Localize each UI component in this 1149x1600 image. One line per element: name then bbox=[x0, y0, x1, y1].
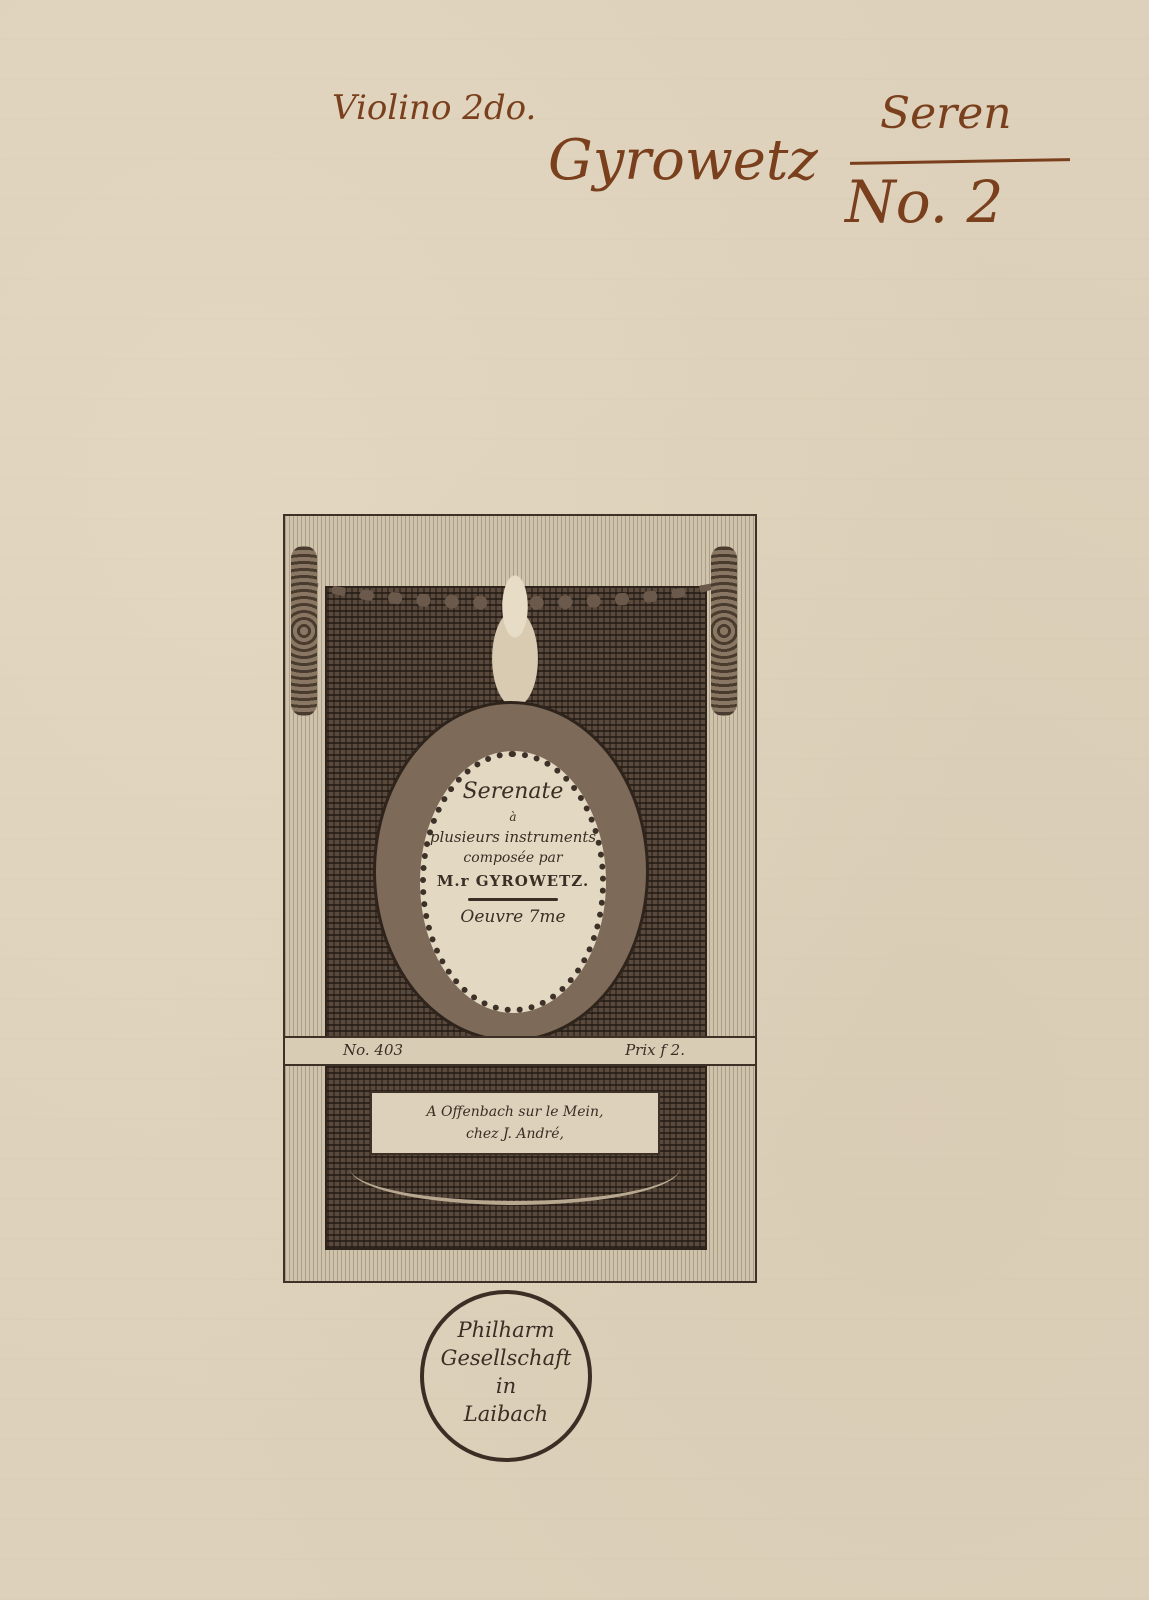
cherub-icon bbox=[475, 574, 555, 704]
opus-number: Oeuvre 7me bbox=[426, 907, 600, 927]
plate-band: No. 403 Prix f 2. bbox=[285, 1036, 755, 1066]
plate-number: No. 403 bbox=[343, 1041, 403, 1059]
engraved-title-plate: Serenate à plusieurs instruments composé… bbox=[283, 514, 757, 1283]
publisher-cartouche: A Offenbach sur le Mein, chez J. André, bbox=[370, 1091, 660, 1155]
publisher-line-1: A Offenbach sur le Mein, bbox=[372, 1101, 658, 1123]
stamp-line-1: Philharm bbox=[424, 1316, 588, 1344]
rose-garland-left-icon bbox=[291, 546, 317, 716]
divider-rule bbox=[468, 898, 558, 901]
price: Prix f 2. bbox=[625, 1041, 685, 1059]
preposition: à bbox=[426, 810, 600, 824]
rose-garland-right-icon bbox=[711, 546, 737, 716]
part-label-handwritten: Violino 2do. bbox=[332, 88, 536, 128]
title-oval: Serenate à plusieurs instruments composé… bbox=[420, 751, 606, 1013]
title-abbrev-handwritten: Seren bbox=[880, 88, 1012, 139]
number-handwritten: No. 2 bbox=[845, 168, 1003, 236]
composed-by: composée par bbox=[426, 850, 600, 866]
fraction-divider bbox=[850, 158, 1070, 165]
work-title: Serenate bbox=[426, 779, 600, 804]
instrumentation: plusieurs instruments bbox=[426, 828, 600, 846]
composer-name: M.r GYROWETZ. bbox=[426, 872, 600, 890]
stamp-line-3: in bbox=[424, 1372, 588, 1400]
ownership-stamp: Philharm Gesellschaft in Laibach bbox=[420, 1290, 592, 1462]
composer-handwritten: Gyrowetz bbox=[548, 128, 818, 193]
stamp-line-2: Gesellschaft bbox=[424, 1344, 588, 1372]
stamp-line-4: Laibach bbox=[424, 1400, 588, 1428]
publisher-line-2: chez J. André, bbox=[372, 1123, 658, 1145]
